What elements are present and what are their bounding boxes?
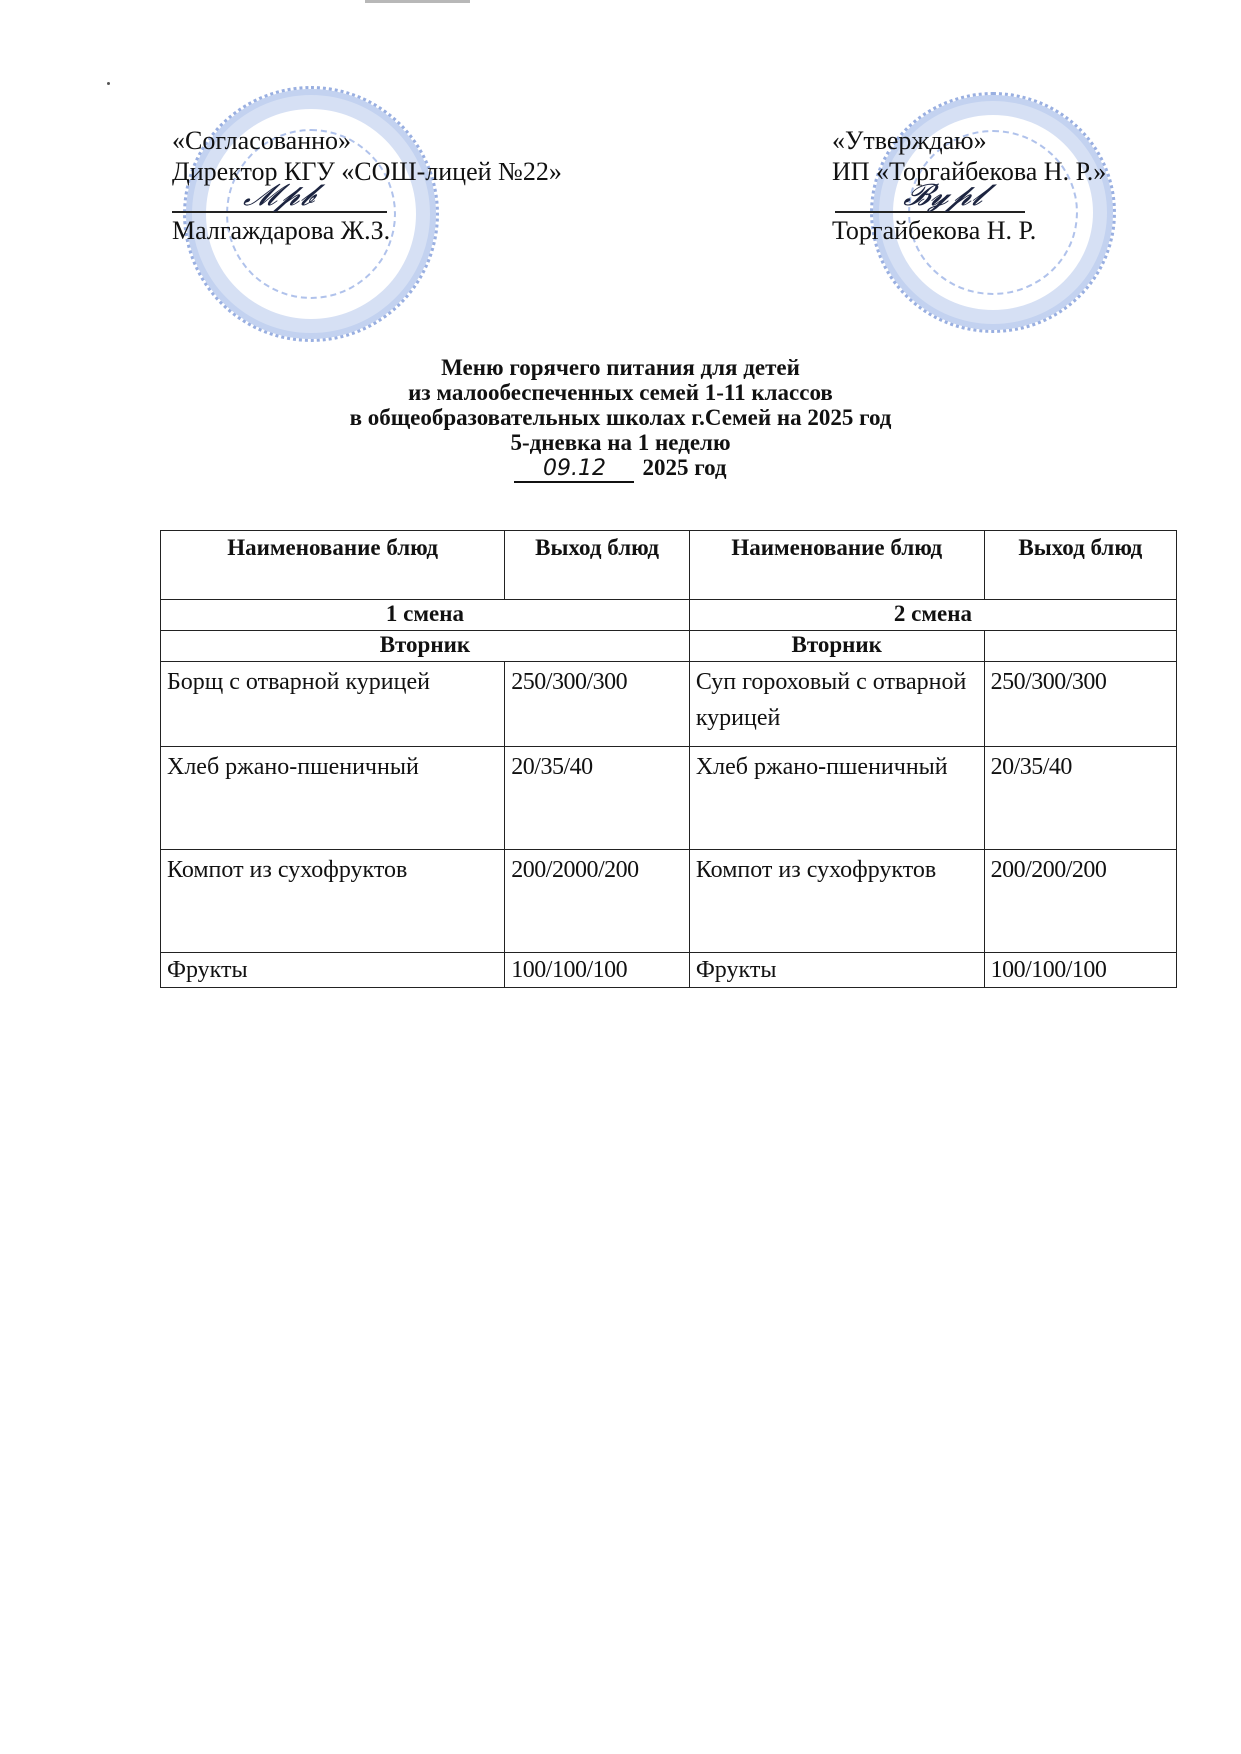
approval-left: «Согласованно» Директор КГУ «СОШ-лицей №… xyxy=(172,125,562,246)
day-2: Вторник xyxy=(689,631,984,662)
title-line-4: 5-дневка на 1 неделю xyxy=(0,430,1241,455)
signature-right-icon: 𝓑𝔂𝓹𝓵 xyxy=(900,178,989,213)
yield-2: 250/300/300 xyxy=(984,662,1176,747)
dish-2: Суп гороховый с отварной курицей xyxy=(689,662,984,747)
dish-2: Хлеб ржано-пшеничный xyxy=(689,747,984,850)
yield-1: 250/300/300 xyxy=(505,662,690,747)
header-yield-1: Выход блюд xyxy=(505,531,690,600)
yield-2: 20/35/40 xyxy=(984,747,1176,850)
header-yield-2: Выход блюд xyxy=(984,531,1176,600)
dish-1: Хлеб ржано-пшеничный xyxy=(161,747,505,850)
dish-1: Борщ с отварной курицей xyxy=(161,662,505,747)
yield-1: 200/2000/200 xyxy=(505,850,690,953)
scan-artifact-dot xyxy=(107,82,110,85)
day-row: Вторник Вторник xyxy=(161,631,1177,662)
dish-2: Фрукты xyxy=(689,953,984,988)
signature-left-icon: 𝓜𝓹𝓫 xyxy=(240,178,321,213)
table-header-row: Наименование блюд Выход блюд Наименовани… xyxy=(161,531,1177,600)
yield-1: 100/100/100 xyxy=(505,953,690,988)
date-line: 09.122025 год xyxy=(514,455,726,483)
title-line-3: в общеобразовательных школах г.Семей на … xyxy=(0,405,1241,430)
yield-2: 100/100/100 xyxy=(984,953,1176,988)
table-row: Борщ с отварной курицей 250/300/300 Суп … xyxy=(161,662,1177,747)
approval-left-position: Директор КГУ «СОШ-лицей №22» xyxy=(172,156,562,187)
menu-table: Наименование блюд Выход блюд Наименовани… xyxy=(160,530,1177,988)
scan-artifact-line xyxy=(365,0,470,3)
day-2-empty xyxy=(984,631,1176,662)
table-row: Фрукты 100/100/100 Фрукты 100/100/100 xyxy=(161,953,1177,988)
dish-2: Компот из сухофруктов xyxy=(689,850,984,953)
approval-right-name: Торгайбекова Н. Р. xyxy=(832,215,1106,246)
header-dish-1: Наименование блюд xyxy=(161,531,505,600)
title-line-1: Меню горячего питания для детей xyxy=(0,355,1241,380)
yield-1: 20/35/40 xyxy=(505,747,690,850)
dish-1: Фрукты xyxy=(161,953,505,988)
shift-2: 2 смена xyxy=(689,600,1176,631)
yield-2: 200/200/200 xyxy=(984,850,1176,953)
date-handwritten: 09.12 xyxy=(514,456,634,483)
shift-1: 1 смена xyxy=(161,600,690,631)
approval-right-heading: «Утверждаю» xyxy=(832,125,1106,156)
shift-row: 1 смена 2 смена xyxy=(161,600,1177,631)
dish-1: Компот из сухофруктов xyxy=(161,850,505,953)
date-year: 2025 год xyxy=(642,455,726,480)
title-line-2: из малообеспеченных семей 1-11 классов xyxy=(0,380,1241,405)
day-1: Вторник xyxy=(161,631,690,662)
table-row: Хлеб ржано-пшеничный 20/35/40 Хлеб ржано… xyxy=(161,747,1177,850)
document-title: Меню горячего питания для детей из малоо… xyxy=(0,355,1241,483)
header-dish-2: Наименование блюд xyxy=(689,531,984,600)
approval-left-name: Малгаждарова Ж.З. xyxy=(172,215,562,246)
table-row: Компот из сухофруктов 200/2000/200 Компо… xyxy=(161,850,1177,953)
approval-left-heading: «Согласованно» xyxy=(172,125,562,156)
